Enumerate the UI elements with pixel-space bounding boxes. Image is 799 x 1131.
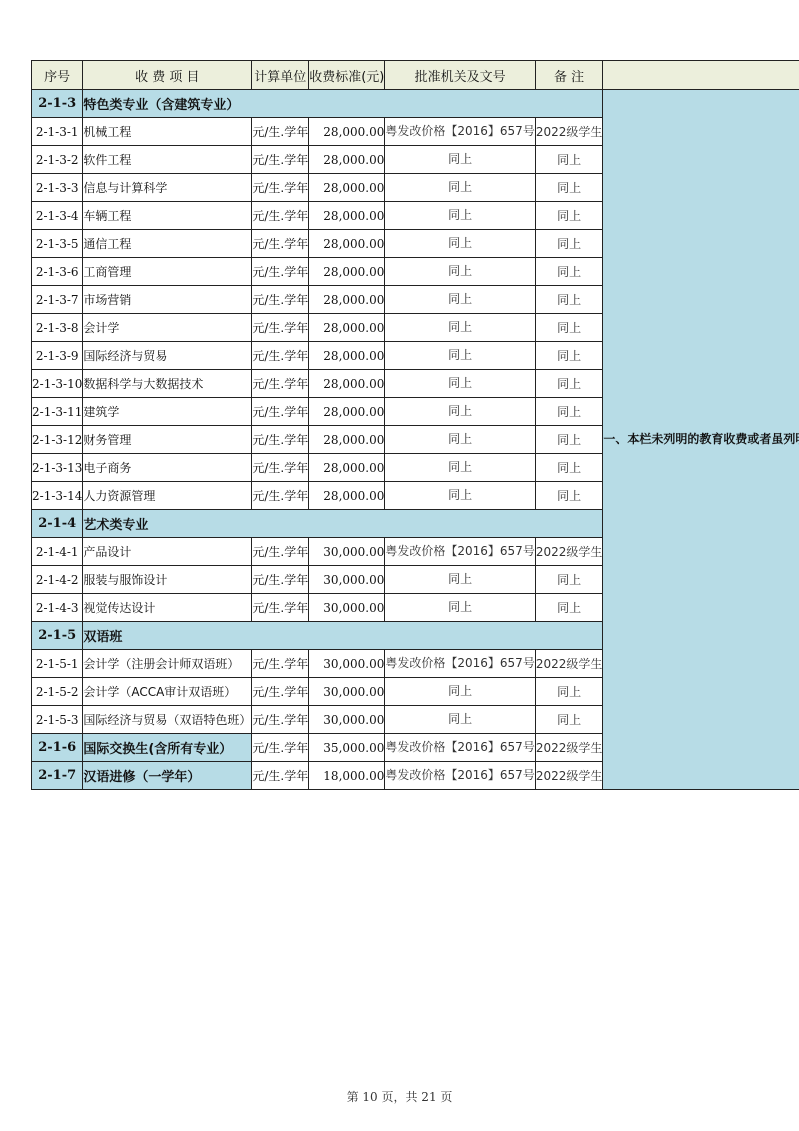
- section-code: 2-1-3: [32, 90, 83, 118]
- item-amount: 28,000.00: [309, 426, 385, 454]
- item-code: 2-1-3-4: [32, 202, 83, 230]
- item-code: 2-1-7: [32, 762, 83, 790]
- item-amount: 28,000.00: [309, 174, 385, 202]
- item-remark: 同上: [535, 398, 603, 426]
- item-name: 工商管理: [83, 258, 252, 286]
- header-remark: 备 注: [535, 61, 603, 90]
- item-approval: 粤发改价格【2016】657号: [385, 650, 535, 678]
- item-name: 建筑学: [83, 398, 252, 426]
- item-approval: 同上: [385, 174, 535, 202]
- item-code: 2-1-3-1: [32, 118, 83, 146]
- item-unit: 元/生.学年: [252, 650, 309, 678]
- item-remark: 2022级学生: [535, 762, 603, 790]
- header-standard: 收费标准(元): [309, 61, 385, 90]
- item-remark: 2022级学生: [535, 118, 603, 146]
- item-name: 会计学（ACCA审计双语班）: [83, 678, 252, 706]
- header-approval: 批准机关及文号: [385, 61, 535, 90]
- item-amount: 28,000.00: [309, 342, 385, 370]
- item-remark: 同上: [535, 342, 603, 370]
- item-name: 数据科学与大数据技术: [83, 370, 252, 398]
- item-remark: 2022级学生: [535, 650, 603, 678]
- item-name: 视觉传达设计: [83, 594, 252, 622]
- item-name: 国际经济与贸易: [83, 342, 252, 370]
- item-code: 2-1-5-2: [32, 678, 83, 706]
- item-remark: 同上: [535, 286, 603, 314]
- item-unit: 元/生.学年: [252, 398, 309, 426]
- item-approval: 同上: [385, 286, 535, 314]
- item-approval: 同上: [385, 426, 535, 454]
- header-notice: 敬告: [603, 61, 799, 90]
- item-code: 2-1-6: [32, 734, 83, 762]
- item-amount: 35,000.00: [309, 734, 385, 762]
- table-body: 2-1-3特色类专业（含建筑专业）一、本栏未列明的教育收费或者虽列明但没有批准文…: [32, 90, 799, 790]
- item-amount: 28,000.00: [309, 202, 385, 230]
- item-unit: 元/生.学年: [252, 230, 309, 258]
- item-remark: 同上: [535, 258, 603, 286]
- item-unit: 元/生.学年: [252, 482, 309, 510]
- item-name: 财务管理: [83, 426, 252, 454]
- item-remark: 同上: [535, 566, 603, 594]
- item-unit: 元/生.学年: [252, 146, 309, 174]
- item-amount: 28,000.00: [309, 230, 385, 258]
- item-remark: 同上: [535, 482, 603, 510]
- item-unit: 元/生.学年: [252, 342, 309, 370]
- item-code: 2-1-3-3: [32, 174, 83, 202]
- page-footer: 第 10 页，共 21 页: [0, 1088, 799, 1105]
- item-code: 2-1-5-3: [32, 706, 83, 734]
- item-name: 信息与计算科学: [83, 174, 252, 202]
- item-name: 人力资源管理: [83, 482, 252, 510]
- item-remark: 2022级学生: [535, 734, 603, 762]
- item-remark: 同上: [535, 230, 603, 258]
- item-code: 2-1-3-13: [32, 454, 83, 482]
- item-name: 软件工程: [83, 146, 252, 174]
- item-unit: 元/生.学年: [252, 706, 309, 734]
- item-name: 车辆工程: [83, 202, 252, 230]
- item-unit: 元/生.学年: [252, 762, 309, 790]
- item-code: 2-1-3-10: [32, 370, 83, 398]
- section-code: 2-1-5: [32, 622, 83, 650]
- item-approval: 同上: [385, 342, 535, 370]
- item-amount: 28,000.00: [309, 146, 385, 174]
- item-name: 通信工程: [83, 230, 252, 258]
- table-header-row: 序号 收 费 项 目 计算单位 收费标准(元) 批准机关及文号 备 注 敬告: [32, 61, 799, 90]
- item-approval: 粤发改价格【2016】657号: [385, 762, 535, 790]
- item-approval: 同上: [385, 594, 535, 622]
- item-amount: 30,000.00: [309, 650, 385, 678]
- item-code: 2-1-3-11: [32, 398, 83, 426]
- item-name: 服装与服饰设计: [83, 566, 252, 594]
- item-approval: 同上: [385, 482, 535, 510]
- item-code: 2-1-3-14: [32, 482, 83, 510]
- item-unit: 元/生.学年: [252, 594, 309, 622]
- item-unit: 元/生.学年: [252, 314, 309, 342]
- item-approval: 同上: [385, 566, 535, 594]
- item-approval: 粤发改价格【2016】657号: [385, 118, 535, 146]
- item-approval: 同上: [385, 202, 535, 230]
- item-amount: 30,000.00: [309, 706, 385, 734]
- item-approval: 同上: [385, 678, 535, 706]
- section-row: 2-1-3特色类专业（含建筑专业）一、本栏未列明的教育收费或者虽列明但没有批准文…: [32, 90, 799, 118]
- item-remark: 同上: [535, 314, 603, 342]
- section-code: 2-1-4: [32, 510, 83, 538]
- item-approval: 同上: [385, 230, 535, 258]
- header-index: 序号: [32, 61, 83, 90]
- item-name: 会计学（注册会计师双语班）: [83, 650, 252, 678]
- item-amount: 28,000.00: [309, 314, 385, 342]
- item-approval: 粤发改价格【2016】657号: [385, 734, 535, 762]
- item-remark: 同上: [535, 426, 603, 454]
- item-unit: 元/生.学年: [252, 174, 309, 202]
- item-code: 2-1-3-8: [32, 314, 83, 342]
- item-amount: 30,000.00: [309, 594, 385, 622]
- item-code: 2-1-3-5: [32, 230, 83, 258]
- header-unit: 计算单位: [252, 61, 309, 90]
- item-approval: 同上: [385, 370, 535, 398]
- item-approval: 同上: [385, 706, 535, 734]
- item-code: 2-1-4-2: [32, 566, 83, 594]
- item-name: 会计学: [83, 314, 252, 342]
- item-remark: 2022级学生: [535, 538, 603, 566]
- item-name: 国际交换生(含所有专业）: [83, 734, 252, 762]
- item-name: 电子商务: [83, 454, 252, 482]
- item-amount: 28,000.00: [309, 258, 385, 286]
- item-code: 2-1-4-1: [32, 538, 83, 566]
- item-unit: 元/生.学年: [252, 118, 309, 146]
- section-title: 艺术类专业: [83, 510, 603, 538]
- header-item: 收 费 项 目: [83, 61, 252, 90]
- item-code: 2-1-3-7: [32, 286, 83, 314]
- item-code: 2-1-3-6: [32, 258, 83, 286]
- fee-table: 序号 收 费 项 目 计算单位 收费标准(元) 批准机关及文号 备 注 敬告 2…: [31, 60, 799, 790]
- item-code: 2-1-3-2: [32, 146, 83, 174]
- item-approval: 同上: [385, 314, 535, 342]
- item-remark: 同上: [535, 706, 603, 734]
- item-amount: 28,000.00: [309, 482, 385, 510]
- item-remark: 同上: [535, 594, 603, 622]
- item-code: 2-1-3-9: [32, 342, 83, 370]
- item-approval: 同上: [385, 258, 535, 286]
- item-amount: 30,000.00: [309, 678, 385, 706]
- item-amount: 28,000.00: [309, 286, 385, 314]
- document-page: 序号 收 费 项 目 计算单位 收费标准(元) 批准机关及文号 备 注 敬告 2…: [0, 0, 799, 1131]
- item-name: 产品设计: [83, 538, 252, 566]
- item-unit: 元/生.学年: [252, 538, 309, 566]
- item-remark: 同上: [535, 174, 603, 202]
- item-remark: 同上: [535, 454, 603, 482]
- item-approval: 粤发改价格【2016】657号: [385, 538, 535, 566]
- item-unit: 元/生.学年: [252, 454, 309, 482]
- item-approval: 同上: [385, 454, 535, 482]
- item-unit: 元/生.学年: [252, 202, 309, 230]
- item-remark: 同上: [535, 370, 603, 398]
- notice-text: 一、本栏未列明的教育收费或者虽列明但没有批准文号的教育收费,学生有权拒缴。二、学…: [603, 90, 799, 790]
- item-amount: 18,000.00: [309, 762, 385, 790]
- item-amount: 28,000.00: [309, 454, 385, 482]
- item-unit: 元/生.学年: [252, 734, 309, 762]
- item-code: 2-1-4-3: [32, 594, 83, 622]
- item-name: 市场营销: [83, 286, 252, 314]
- item-unit: 元/生.学年: [252, 566, 309, 594]
- item-code: 2-1-5-1: [32, 650, 83, 678]
- item-amount: 28,000.00: [309, 118, 385, 146]
- item-name: 机械工程: [83, 118, 252, 146]
- item-amount: 28,000.00: [309, 398, 385, 426]
- item-name: 汉语进修（一学年）: [83, 762, 252, 790]
- item-remark: 同上: [535, 146, 603, 174]
- section-title: 双语班: [83, 622, 603, 650]
- item-unit: 元/生.学年: [252, 286, 309, 314]
- item-amount: 30,000.00: [309, 566, 385, 594]
- item-code: 2-1-3-12: [32, 426, 83, 454]
- section-title: 特色类专业（含建筑专业）: [83, 90, 603, 118]
- item-unit: 元/生.学年: [252, 370, 309, 398]
- item-amount: 30,000.00: [309, 538, 385, 566]
- item-unit: 元/生.学年: [252, 258, 309, 286]
- item-remark: 同上: [535, 202, 603, 230]
- item-unit: 元/生.学年: [252, 678, 309, 706]
- item-unit: 元/生.学年: [252, 426, 309, 454]
- item-name: 国际经济与贸易（双语特色班）: [83, 706, 252, 734]
- item-approval: 同上: [385, 398, 535, 426]
- item-amount: 28,000.00: [309, 370, 385, 398]
- item-remark: 同上: [535, 678, 603, 706]
- item-approval: 同上: [385, 146, 535, 174]
